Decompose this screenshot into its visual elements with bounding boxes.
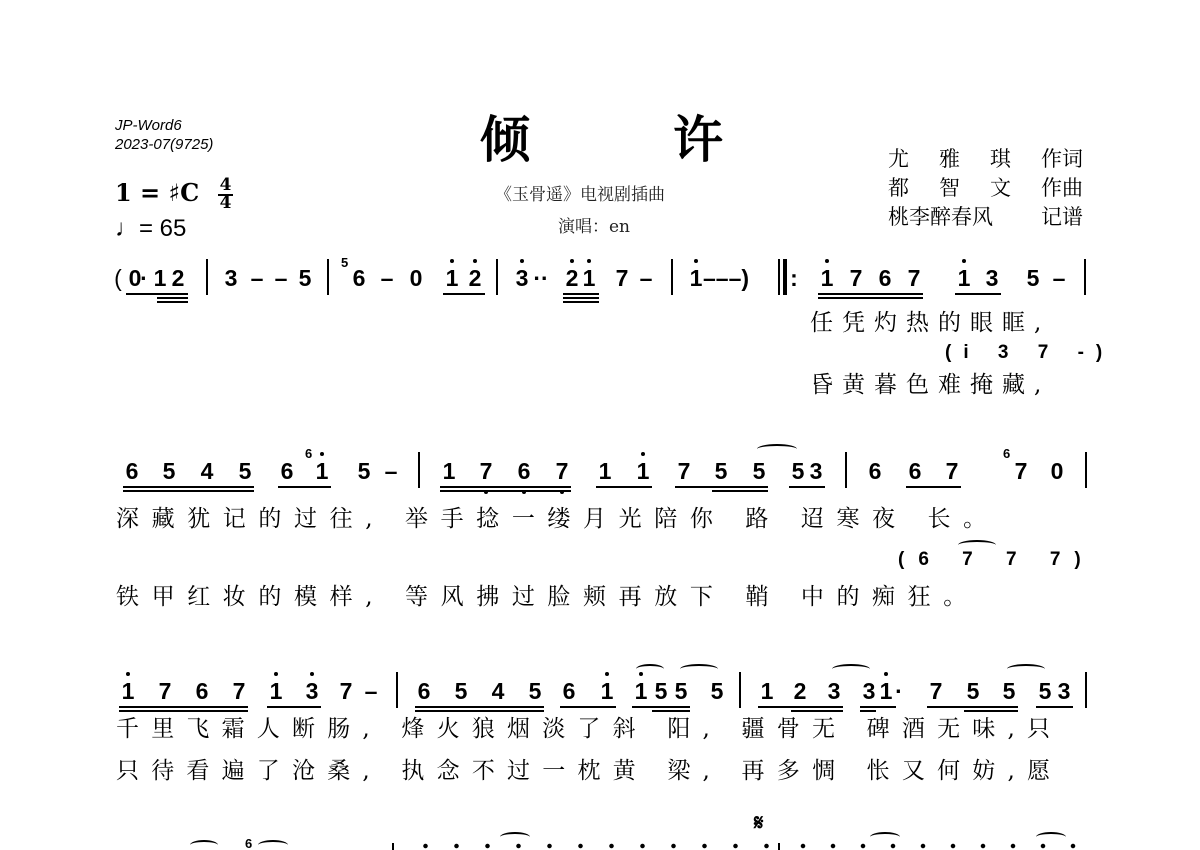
subtitle: 《玉骨遥》电视剧插曲 bbox=[495, 180, 665, 205]
credits: 尤 雅 琪 作词 都 智 文 作曲 桃李醉春风 记谱 bbox=[888, 145, 1083, 232]
lyrics-line2-verse1: 深藏犹记的过往, 举手捻一缕月光陪你 路 迢寒夜 长。 bbox=[116, 504, 999, 534]
tie-mark bbox=[1036, 832, 1066, 842]
barline bbox=[778, 843, 780, 850]
lyrics-line3-verse1: 千里飞霜人断肠, 烽火狼烟淡了斜 阳, 疆骨无 碑酒无味,只 bbox=[116, 714, 1062, 744]
tie-mark bbox=[958, 540, 996, 550]
alt-notation-line2: (6 7 7 7) bbox=[898, 549, 1095, 571]
barline bbox=[392, 843, 394, 850]
software-version: 2023-07(9725) bbox=[115, 135, 213, 154]
tie-mark bbox=[258, 840, 288, 850]
credit-lyricist: 尤 雅 琪 作词 bbox=[888, 145, 1083, 174]
title-char-2: 许 bbox=[673, 112, 723, 168]
credit-transcriber: 桃李醉春风 记谱 bbox=[888, 203, 1083, 232]
lyrics-line1-verse1: 任凭灼热的眼眶, bbox=[810, 308, 1050, 338]
grace-note: 6 bbox=[245, 838, 252, 850]
dots-row bbox=[788, 843, 1083, 849]
tempo-marking: ♩= 65 bbox=[115, 215, 186, 243]
tie-mark bbox=[190, 840, 218, 850]
segno-icon: 𝄋 bbox=[754, 810, 763, 836]
software-name: JP-Word6 bbox=[115, 116, 182, 135]
lyrics-line2-verse2: 铁甲红妆的模样, 等风拂过脸颊再放下 鞘 中的痴狂。 bbox=[116, 582, 979, 612]
alt-notation-line1: (i 3 7 -) bbox=[945, 342, 1114, 364]
staff-line-2: 6 5 4 5 6 6 1 5 – 1 7 6 7 1 1 7 5 5 5 3 … bbox=[0, 458, 1200, 508]
tie-mark bbox=[500, 832, 530, 842]
dots-row bbox=[410, 843, 770, 849]
lyrics-line1-verse2: 昏黄暮色难掩藏, bbox=[810, 370, 1050, 400]
key-signature: 1 = ♯C 4 4 bbox=[115, 178, 233, 211]
singer: 演唱：en bbox=[558, 212, 630, 237]
time-signature: 4 4 bbox=[218, 178, 234, 211]
tie-mark bbox=[870, 832, 900, 842]
credit-composer: 都 智 文 作曲 bbox=[888, 174, 1083, 203]
lyrics-line3-verse2: 只待看遍了沧桑, 执念不过一枕黄 梁, 再多惆 怅又何妨,愿 bbox=[116, 756, 1062, 786]
key-label: 1 = ♯C bbox=[115, 178, 199, 207]
title-char-1: 倾 bbox=[480, 112, 530, 168]
